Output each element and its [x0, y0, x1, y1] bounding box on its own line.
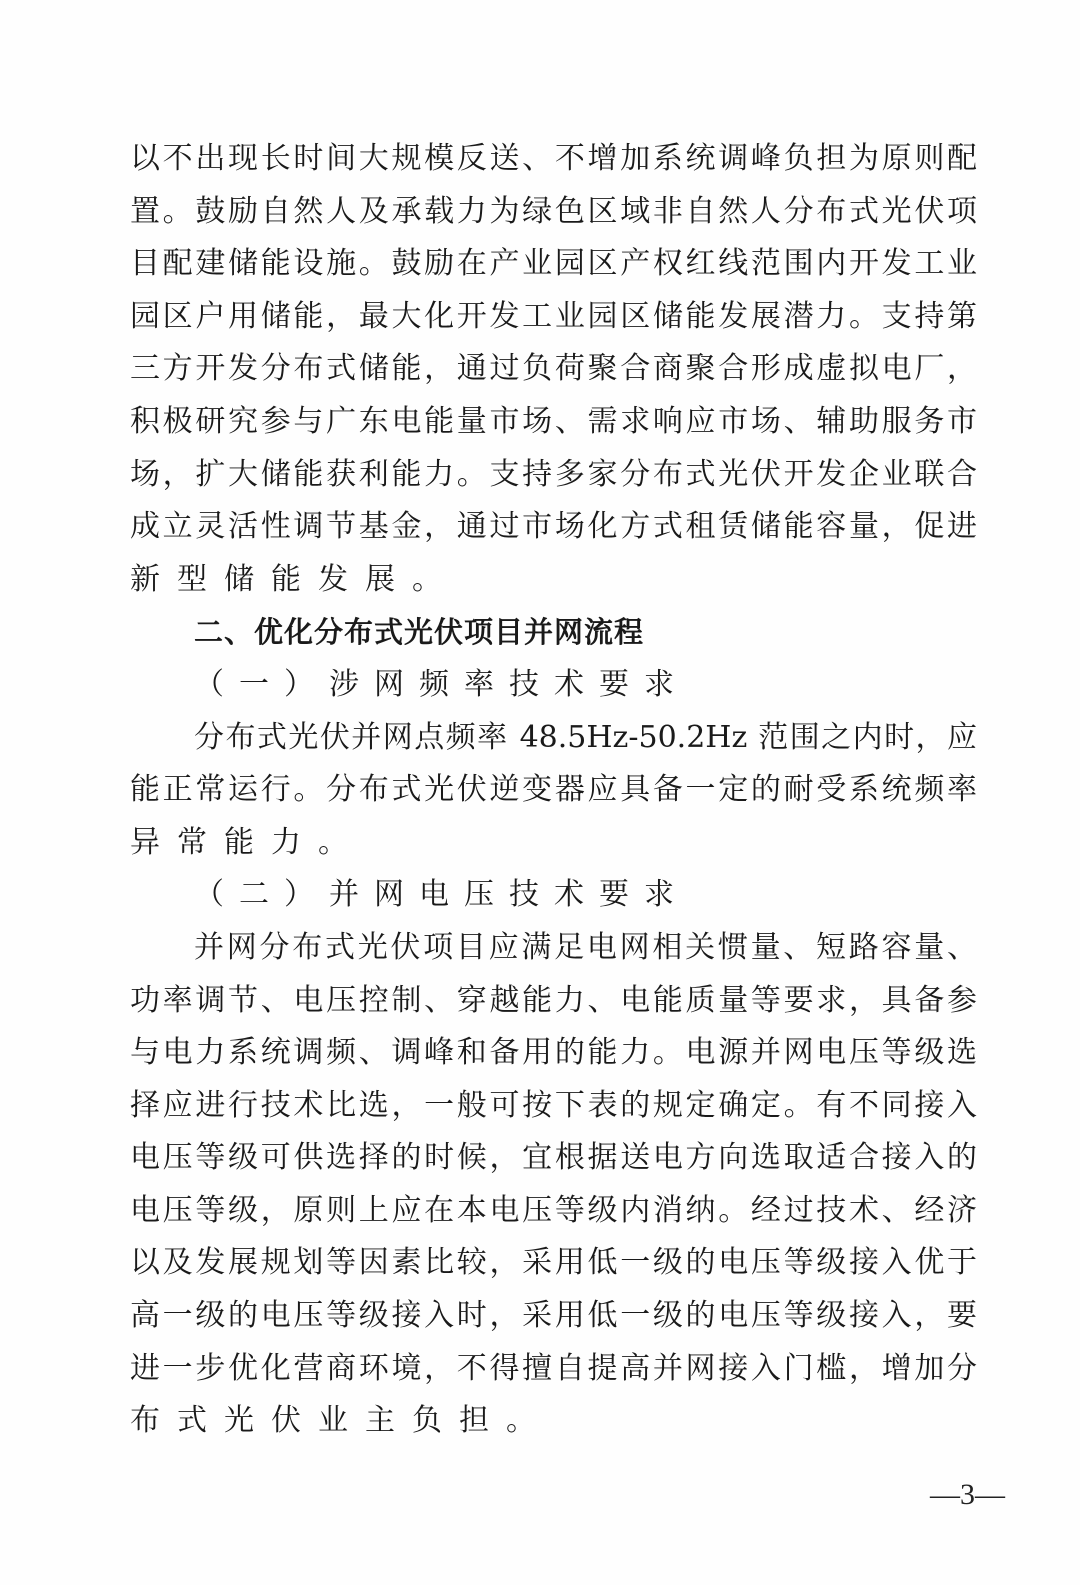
paragraph-line: 园区户用储能，最大化开发工业园区储能发展潜力。支持第: [130, 291, 977, 344]
paragraph-line: 并网分布式光伏项目应满足电网相关惯量、短路容量、: [130, 922, 977, 975]
document-page: 以不出现长时间大规模反送、不增加系统调峰负担为原则配 置。鼓励自然人及承载力为绿…: [0, 0, 1080, 1585]
paragraph-line: 场，扩大储能获利能力。支持多家分布式光伏开发企业联合: [130, 449, 977, 502]
paragraph-line: 置。鼓励自然人及承载力为绿色区域非自然人分布式光伏项: [130, 186, 977, 239]
paragraph-line: 高一级的电压等级接入时，采用低一级的电压等级接入，要: [130, 1290, 977, 1343]
paragraph-line: 电压等级，原则上应在本电压等级内消纳。经过技术、经济: [130, 1185, 977, 1238]
paragraph-line: 异常能力。: [130, 817, 977, 870]
paragraph-line: 以及发展规划等因素比较，采用低一级的电压等级接入优于: [130, 1237, 977, 1290]
paragraph-line: 与电力系统调频、调峰和备用的能力。电源并网电压等级选: [130, 1027, 977, 1080]
paragraph-line: 目配建储能设施。鼓励在产业园区产权红线范围内开发工业: [130, 238, 977, 291]
section-heading: 二、优化分布式光伏项目并网流程: [130, 606, 977, 659]
paragraph-line: 三方开发分布式储能，通过负荷聚合商聚合形成虚拟电厂，: [130, 343, 977, 396]
paragraph-line: 择应进行技术比选，一般可按下表的规定确定。有不同接入: [130, 1080, 977, 1133]
paragraph-line: 电压等级可供选择的时候，宜根据送电方向选取适合接入的: [130, 1132, 977, 1185]
paragraph-line: 功率调节、电压控制、穿越能力、电能质量等要求，具备参: [130, 975, 977, 1028]
body-text: 以不出现长时间大规模反送、不增加系统调峰负担为原则配 置。鼓励自然人及承载力为绿…: [130, 133, 977, 1448]
paragraph-line: 新型储能发展。: [130, 554, 977, 607]
paragraph-line: 进一步优化营商环境，不得擅自提高并网接入门槛，增加分: [130, 1343, 977, 1396]
page-number: —3—: [930, 1478, 1005, 1512]
paragraph-line: 以不出现长时间大规模反送、不增加系统调峰负担为原则配: [130, 133, 977, 186]
subsection-heading-frequency: （一）涉网频率技术要求: [130, 659, 977, 712]
paragraph-line: 布式光伏业主负担。: [130, 1395, 977, 1448]
paragraph-line: 分布式光伏并网点频率 48.5Hz-50.2Hz 范围之内时，应: [130, 712, 977, 765]
paragraph-line: 成立灵活性调节基金，通过市场化方式租赁储能容量，促进: [130, 501, 977, 554]
paragraph-line: 积极研究参与广东电能量市场、需求响应市场、辅助服务市: [130, 396, 977, 449]
subsection-heading-voltage: （二）并网电压技术要求: [130, 869, 977, 922]
paragraph-line: 能正常运行。分布式光伏逆变器应具备一定的耐受系统频率: [130, 764, 977, 817]
